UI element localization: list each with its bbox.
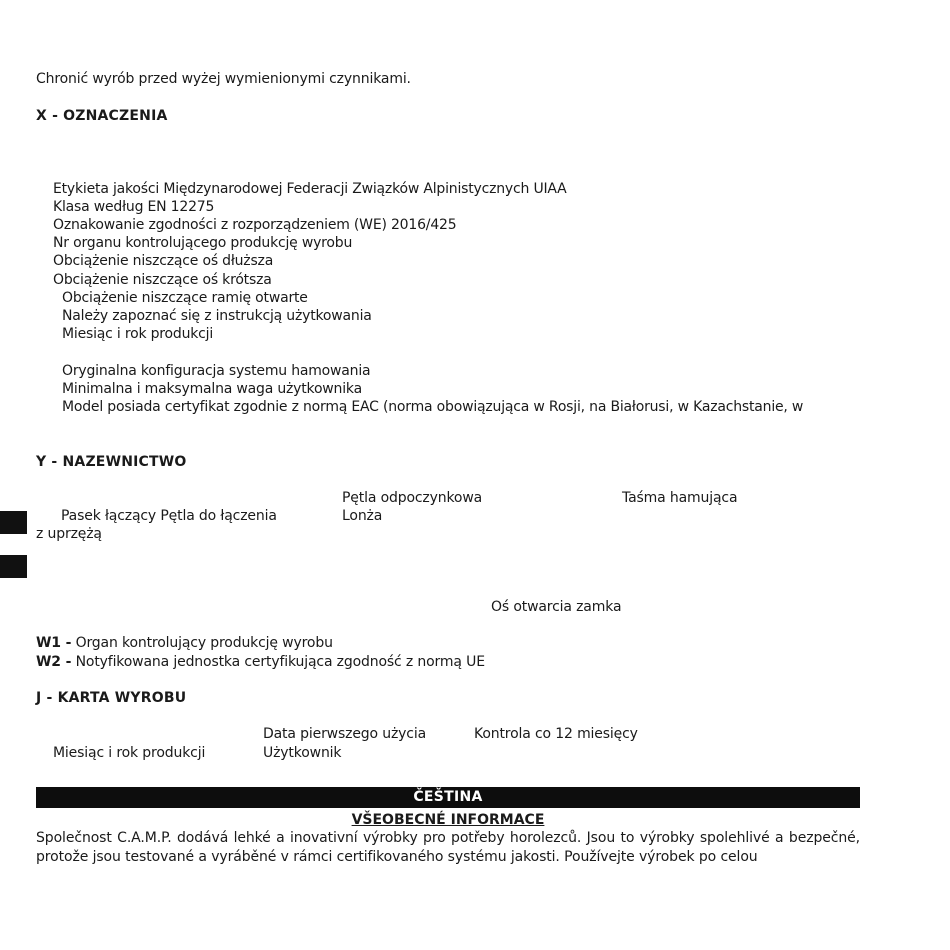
note-w1: W1 - Organ kontrolujący produkcję wyrobu <box>36 634 333 652</box>
marking-item: Obciążenie niszczące ramię otwarte <box>62 289 308 307</box>
marking-item: Minimalna i maksymalna waga użytkownika <box>62 380 362 398</box>
marking-item: Oryginalna konfiguracja systemu hamowani… <box>62 362 370 380</box>
label-rest-loop: Pętla odpoczynkowa <box>342 489 482 507</box>
section-j-heading: J - KARTA WYROBU <box>36 689 186 707</box>
page-tab-marker <box>0 511 27 534</box>
note-text: Organ kontrolujący produkcję wyrobu <box>71 635 333 651</box>
note-code: W2 - <box>36 654 71 670</box>
field-user: Użytkownik <box>263 744 341 762</box>
section-subheading: VŠEOBECNÉ INFORMACE <box>36 811 860 829</box>
marking-item: Etykieta jakości Międzynarodowej Federac… <box>53 180 567 198</box>
marking-item: Klasa według EN 12275 <box>53 198 214 216</box>
field-production-date: Miesiąc i rok produkcji <box>53 744 205 762</box>
note-w2: W2 - Notyfikowana jednostka certyfikując… <box>36 653 485 671</box>
section-y-heading: Y - NAZEWNICTWO <box>36 453 187 471</box>
marking-item: Nr organu kontrolującego produkcję wyrob… <box>53 234 352 252</box>
marking-item: Obciążenie niszczące oś krótsza <box>53 271 272 289</box>
label-connecting-strap-cont: z uprzężą <box>36 525 102 543</box>
marking-item: Obciążenie niszczące oś dłuższa <box>53 252 273 270</box>
marking-item: Należy zapoznać się z instrukcją użytkow… <box>62 307 372 325</box>
intro-line: Chronić wyrób przed wyżej wymienionymi c… <box>36 70 411 88</box>
label-connecting-strap: Pasek łączący Pętla do łączenia <box>61 507 277 525</box>
intro-paragraph: Společnost C.A.M.P. dodává lehké a inova… <box>36 829 860 867</box>
page-tab-marker <box>0 555 27 578</box>
field-inspection: Kontrola co 12 miesięcy <box>474 725 638 743</box>
label-lanyard: Lonża <box>342 507 382 525</box>
marking-item: Miesiąc i rok produkcji <box>62 325 213 343</box>
label-brake-tape: Taśma hamująca <box>622 489 737 507</box>
language-bar: ČEŠTINA <box>36 787 860 808</box>
note-code: W1 - <box>36 635 71 651</box>
field-first-use-date: Data pierwszego użycia <box>263 725 426 743</box>
label-gate-axis: Oś otwarcia zamka <box>491 598 621 616</box>
marking-item: Model posiada certyfikat zgodnie z normą… <box>62 398 803 416</box>
section-x-heading: X - OZNACZENIA <box>36 107 168 125</box>
marking-item: Oznakowanie zgodności z rozporządzeniem … <box>53 216 456 234</box>
note-text: Notyfikowana jednostka certyfikująca zgo… <box>71 654 485 670</box>
